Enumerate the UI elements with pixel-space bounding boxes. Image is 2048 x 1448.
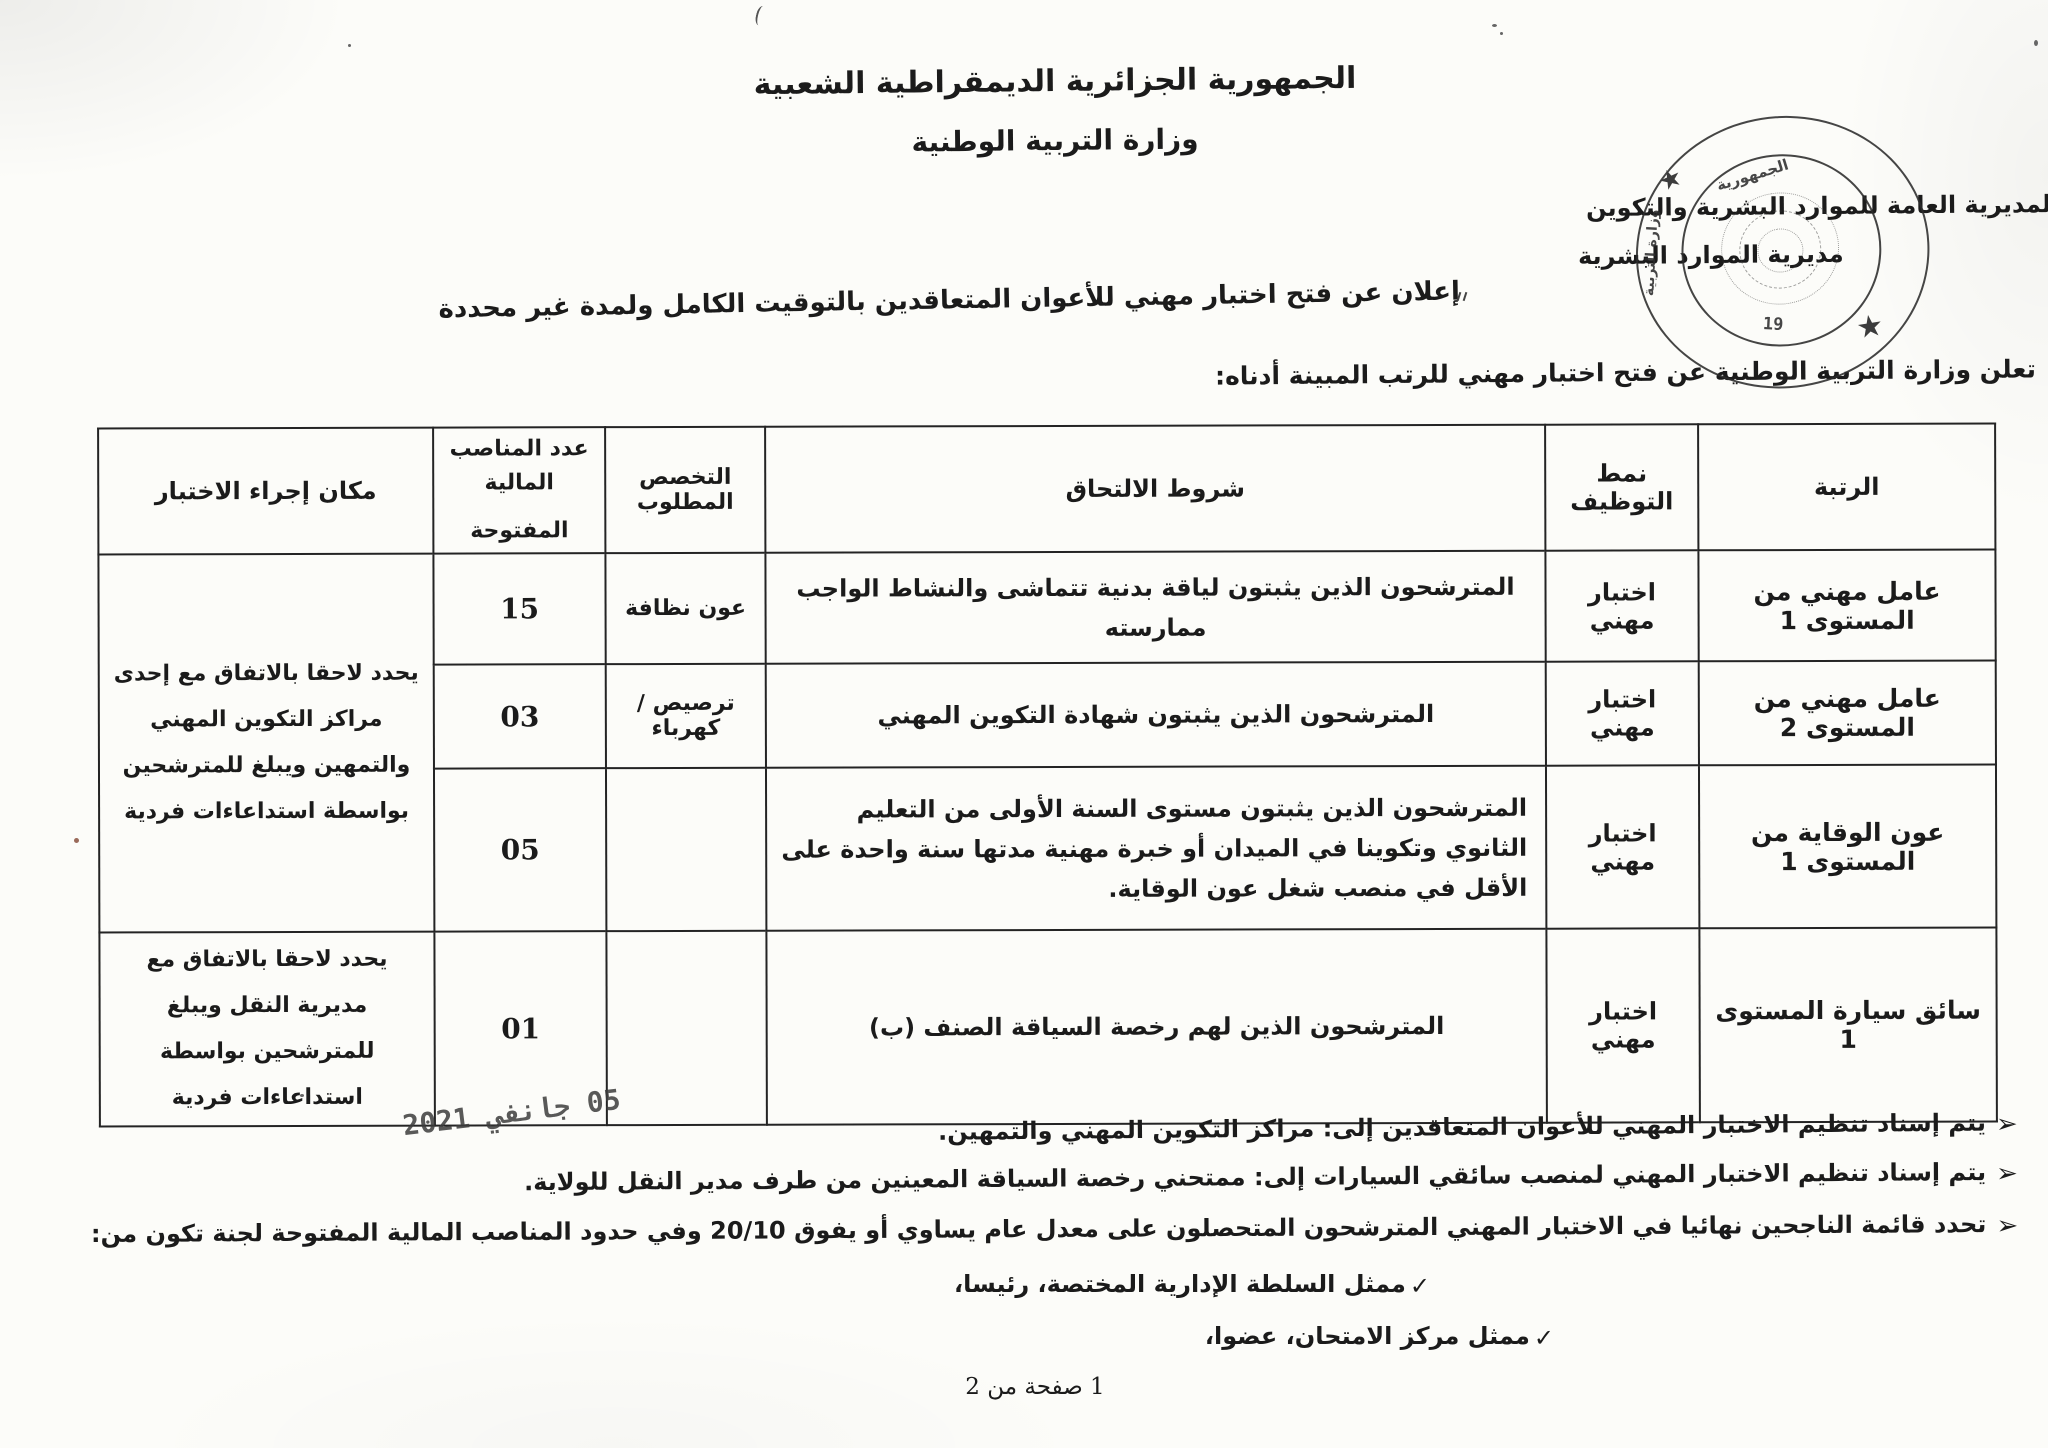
conditions-cell: المترشحون الذين يثبتون لياقة بدنية تتماش… [765, 551, 1545, 664]
scanned-document-page: الجمهورية الجزائرية الديمقراطية الشعبية … [0, 0, 2048, 1448]
sub-bullet-text: ممثل مركز الامتحان، عضوا، [1205, 1322, 1530, 1350]
place-cell-merged: يحدد لاحقا بالاتفاق مع إحدى مراكز التكوي… [98, 554, 434, 933]
rank-cell: عامل مهني من المستوى 1 [1698, 550, 1995, 662]
table-row: عامل مهني من المستوى 1 اختبار مهني المتر… [98, 550, 1995, 666]
conditions-cell: المترشحون الذين يثبتون مستوى السنة الأول… [766, 766, 1546, 931]
header-conditions: شروط الالتحاق [765, 425, 1545, 553]
specialty-cell [606, 768, 766, 931]
header-count-line2: المفتوحة [444, 514, 594, 548]
header-specialty: التخصص المطلوب [605, 427, 765, 553]
count-cell: 03 [434, 664, 606, 768]
header-count: عدد المناصب المالية المفتوحة [433, 427, 605, 553]
official-round-stamp: ★ ★ الجمهورية وزارة التربية 19 [1616, 95, 1952, 414]
positions-table: الرتبة نمط التوظيف شروط الالتحاق التخصص … [97, 423, 1998, 1128]
arrow-bullet-icon: ➢ [1996, 1109, 2018, 1139]
sub-bullet-item: ✓ممثل السلطة الإدارية المختصة، رئيسا، [954, 1270, 1430, 1298]
sub-bullet-item: ✓ممثل مركز الامتحان، عضوا، [1205, 1322, 1554, 1350]
mode-cell: اختبار مهني [1546, 661, 1699, 765]
table-header-row: الرتبة نمط التوظيف شروط الالتحاق التخصص … [98, 424, 1995, 555]
header-mode: نمط التوظيف [1545, 424, 1698, 550]
bullet-text: يتم إسناد تنظيم الاختبار المهني لمنصب سا… [524, 1158, 1986, 1196]
sub-bullet-text: ممثل السلطة الإدارية المختصة، رئيسا، [954, 1270, 1406, 1298]
place-cell: يحدد لاحقا بالاتفاق مع مديرية النقل ويبل… [99, 932, 435, 1127]
page-number: 1 صفحة من 2 [920, 1374, 1150, 1400]
scan-artifact [1500, 32, 1503, 35]
announcement-title: إعلان عن فتح اختبار مهني للأعوان المتعاق… [600, 276, 1460, 321]
conditions-cell: المترشحون الذين يثبتون شهادة التكوين الم… [766, 662, 1546, 768]
star-icon: ★ [1854, 308, 1886, 347]
arrow-bullet-icon: ➢ [1996, 1211, 2018, 1241]
mode-cell: اختبار مهني [1545, 550, 1698, 661]
header-place: مكان إجراء الاختبار [98, 428, 433, 555]
scan-artifact [300, 1094, 304, 1097]
stamp-number-fragment: 19 [1762, 314, 1784, 335]
specialty-cell [606, 931, 767, 1125]
count-cell: 05 [434, 768, 606, 931]
header-rank: الرتبة [1698, 424, 1995, 551]
rank-cell: سائق سيارة المستوى 1 [1699, 928, 1997, 1123]
scan-artifact [1492, 24, 1497, 27]
count-cell: 15 [433, 553, 605, 664]
scan-artifact [348, 44, 351, 47]
bullet-item: ➢يتم إسناد تنظيم الاختبار المهني لمنصب س… [524, 1157, 2018, 1197]
rank-cell: عون الوقاية من المستوى 1 [1699, 765, 1996, 929]
conditions-cell: المترشحون الذين لهم رخصة السياقة الصنف (… [766, 929, 1547, 1125]
header-count-line1: عدد المناصب المالية [444, 432, 594, 500]
scan-tick-marks [1452, 292, 1466, 306]
republic-title: الجمهورية الجزائرية الديمقراطية الشعبية [700, 60, 1410, 102]
table-row: سائق سيارة المستوى 1 اختبار مهني المترشح… [99, 928, 1997, 1127]
scan-artifact [2034, 40, 2038, 46]
mode-cell: اختبار مهني [1546, 765, 1699, 928]
bullet-item: ➢تحدد قائمة الناجحين نهائيا في الاختبار … [91, 1209, 2018, 1249]
check-icon: ✓ [1534, 1324, 1554, 1352]
ministry-title: وزارة التربية الوطنية [850, 122, 1260, 159]
mode-cell: اختبار مهني [1546, 928, 1700, 1122]
check-icon: ✓ [1410, 1272, 1430, 1300]
bullet-text: تحدد قائمة الناجحين نهائيا في الاختبار ا… [91, 1210, 1987, 1248]
arrow-bullet-icon: ➢ [1996, 1159, 2018, 1189]
rank-cell: عامل مهني من المستوى 2 [1699, 661, 1996, 766]
specialty-cell: عون نظافة [605, 553, 765, 664]
specialty-cell: ترصيص / كهرباء [606, 664, 766, 768]
scan-artifact [74, 838, 79, 843]
scan-artifact [754, 5, 770, 27]
